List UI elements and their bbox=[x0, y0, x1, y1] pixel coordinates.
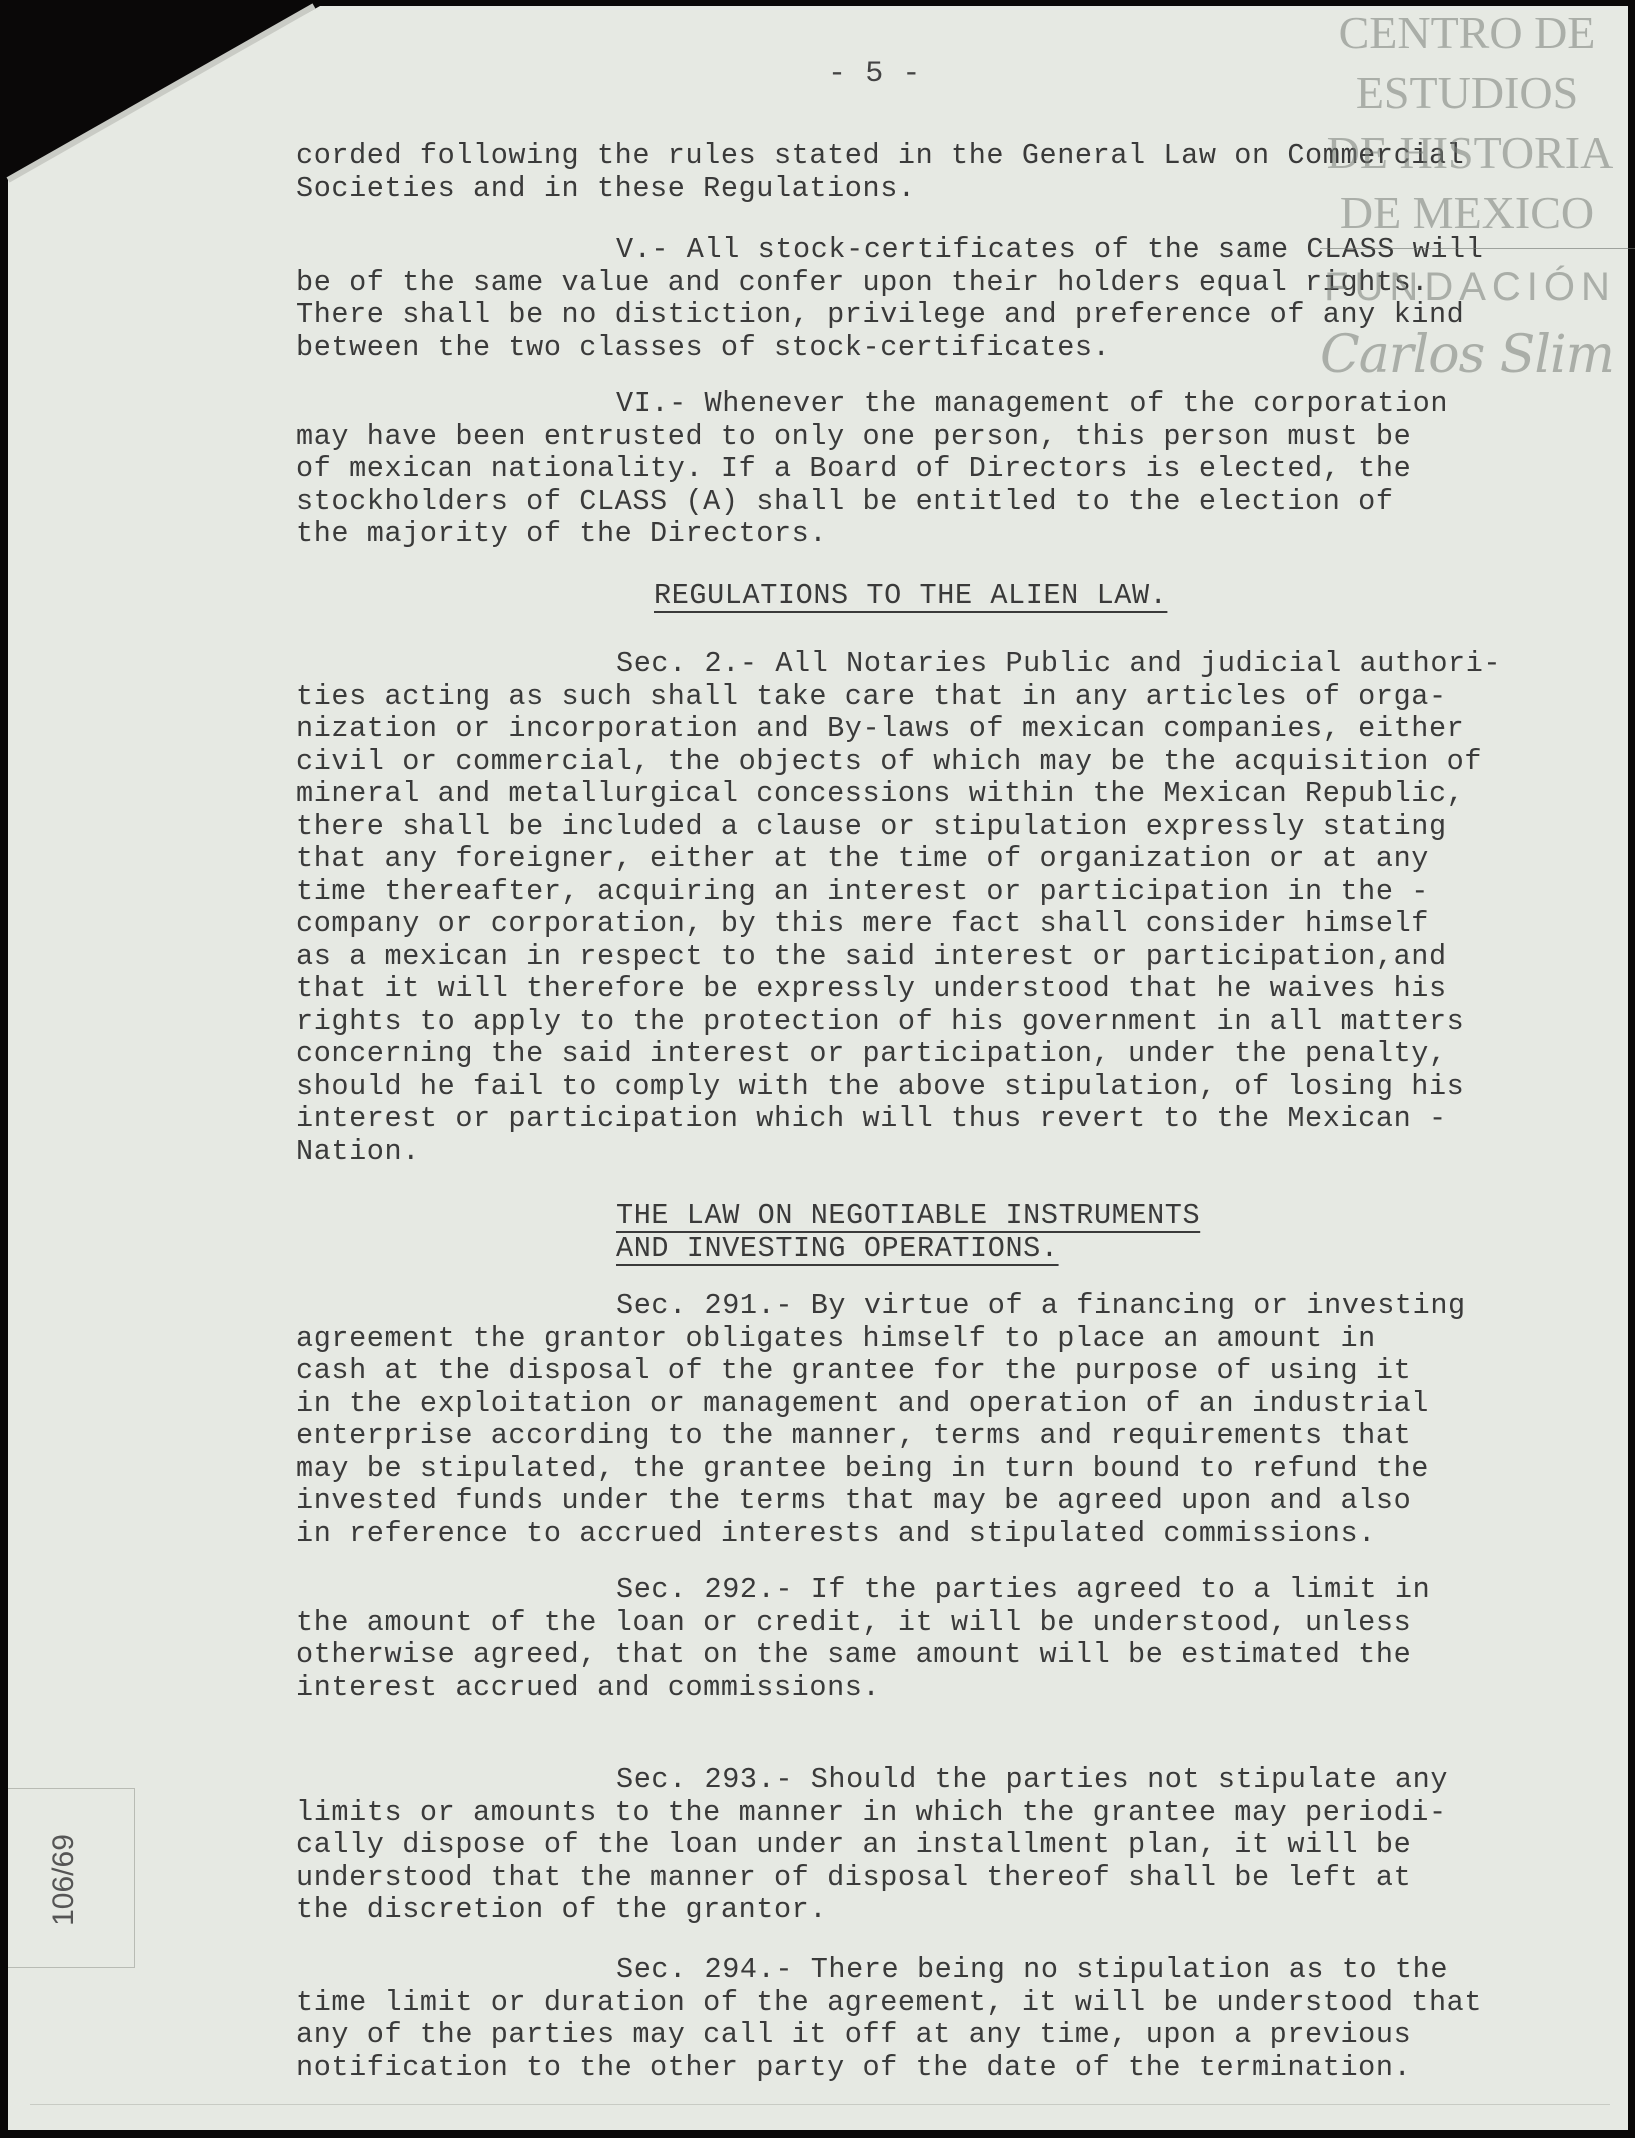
text-line: notification to the other party of the d… bbox=[296, 2052, 1482, 2085]
text-line: cash at the disposal of the grantee for … bbox=[296, 1355, 1466, 1388]
text-line: may have been entrusted to only one pers… bbox=[296, 421, 1448, 454]
archive-stamp-number: 106/69 bbox=[44, 1830, 84, 1930]
text-line: Sec. 294.- There being no stipulation as… bbox=[296, 1954, 1482, 1987]
text-line: any of the parties may call it off at an… bbox=[296, 2019, 1482, 2052]
text-line: interest accrued and commissions. bbox=[296, 1672, 1430, 1705]
text-line: Sec. 293.- Should the parties not stipul… bbox=[296, 1764, 1448, 1797]
text-line: concerning the said interest or particip… bbox=[296, 1038, 1501, 1071]
text-line: that any foreigner, either at the time o… bbox=[296, 843, 1501, 876]
text-line: nization or incorporation and By-laws of… bbox=[296, 713, 1501, 746]
text-line: should he fail to comply with the above … bbox=[296, 1071, 1501, 1104]
text-line: otherwise agreed, that on the same amoun… bbox=[296, 1639, 1430, 1672]
watermark-line-1: CENTRO DE bbox=[1322, 8, 1612, 58]
text-line: ties acting as such shall take care that… bbox=[296, 681, 1501, 714]
text-line: Sec. 291.- By virtue of a financing or i… bbox=[296, 1290, 1466, 1323]
text-line: may be stipulated, the grantee being in … bbox=[296, 1453, 1466, 1486]
text-line: V.- All stock-certificates of the same C… bbox=[296, 234, 1483, 267]
text-line: enterprise according to the manner, term… bbox=[296, 1420, 1466, 1453]
text-line: agreement the grantor obligates himself … bbox=[296, 1323, 1466, 1356]
paragraph: Sec. 294.- There being no stipulation as… bbox=[296, 1954, 1482, 2084]
text-line: time thereafter, acquiring an interest o… bbox=[296, 876, 1501, 909]
text-line: cally dispose of the loan under an insta… bbox=[296, 1829, 1448, 1862]
watermark-signature: Carlos Slim bbox=[1320, 325, 1614, 385]
text-line: interest or participation which will thu… bbox=[296, 1103, 1501, 1136]
text-line: civil or commercial, the objects of whic… bbox=[296, 746, 1501, 779]
watermark-foundation: FUNDACIÓN bbox=[1310, 262, 1630, 312]
watermark-line-2: ESTUDIOS bbox=[1322, 68, 1612, 118]
text-line: as a mexican in respect to the said inte… bbox=[296, 941, 1501, 974]
text-line: Societies and in these Regulations. bbox=[296, 173, 1464, 206]
text-line: the majority of the Directors. bbox=[296, 518, 1448, 551]
watermark-line-4: DE MEXICO bbox=[1322, 188, 1612, 238]
paragraph: corded following the rules stated in the… bbox=[296, 140, 1464, 205]
text-line: in the exploitation or management and op… bbox=[296, 1388, 1466, 1421]
text-line: understood that the manner of disposal t… bbox=[296, 1862, 1448, 1895]
paragraph: Sec. 2.- All Notaries Public and judicia… bbox=[296, 648, 1501, 1168]
text-line: in reference to accrued interests and st… bbox=[296, 1518, 1466, 1551]
text-line: the amount of the loan or credit, it wil… bbox=[296, 1607, 1430, 1640]
text-line: There shall be no distiction, privilege … bbox=[296, 299, 1483, 332]
paragraph: V.- All stock-certificates of the same C… bbox=[296, 234, 1483, 364]
text-line: REGULATIONS TO THE ALIEN LAW. bbox=[654, 580, 1167, 613]
text-line: Sec. 2.- All Notaries Public and judicia… bbox=[296, 648, 1501, 681]
text-line: corded following the rules stated in the… bbox=[296, 140, 1464, 173]
text-line: VI.- Whenever the management of the corp… bbox=[296, 388, 1448, 421]
text-line: between the two classes of stock-certifi… bbox=[296, 332, 1483, 365]
text-line: stockholders of CLASS (A) shall be entit… bbox=[296, 486, 1448, 519]
text-line: AND INVESTING OPERATIONS. bbox=[616, 1233, 1200, 1266]
text-line: rights to apply to the protection of his… bbox=[296, 1006, 1501, 1039]
paragraph: Sec. 292.- If the parties agreed to a li… bbox=[296, 1574, 1430, 1704]
watermark-divider bbox=[1320, 248, 1635, 249]
text-line: of mexican nationality. If a Board of Di… bbox=[296, 453, 1448, 486]
page-number: - 5 - bbox=[828, 58, 921, 91]
text-line: company or corporation, by this mere fac… bbox=[296, 908, 1501, 941]
paragraph: VI.- Whenever the management of the corp… bbox=[296, 388, 1448, 551]
text-line: mineral and metallurgical concessions wi… bbox=[296, 778, 1501, 811]
text-line: Nation. bbox=[296, 1136, 1501, 1169]
text-line: there shall be included a clause or stip… bbox=[296, 811, 1501, 844]
paragraph: Sec. 291.- By virtue of a financing or i… bbox=[296, 1290, 1466, 1550]
text-line: limits or amounts to the manner in which… bbox=[296, 1797, 1448, 1830]
text-line: that it will therefore be expressly unde… bbox=[296, 973, 1501, 1006]
text-line: invested funds under the terms that may … bbox=[296, 1485, 1466, 1518]
section-heading: REGULATIONS TO THE ALIEN LAW. bbox=[654, 580, 1167, 613]
text-line: Sec. 292.- If the parties agreed to a li… bbox=[296, 1574, 1430, 1607]
text-line: THE LAW ON NEGOTIABLE INSTRUMENTS bbox=[616, 1200, 1200, 1233]
paragraph: Sec. 293.- Should the parties not stipul… bbox=[296, 1764, 1448, 1927]
text-line: be of the same value and confer upon the… bbox=[296, 267, 1483, 300]
text-line: the discretion of the grantor. bbox=[296, 1894, 1448, 1927]
page-bottom-rule bbox=[30, 2104, 1610, 2105]
watermark-line-3: DE HISTORIA bbox=[1310, 128, 1630, 178]
text-line: time limit or duration of the agreement,… bbox=[296, 1987, 1482, 2020]
section-heading: THE LAW ON NEGOTIABLE INSTRUMENTSAND INV… bbox=[616, 1200, 1200, 1265]
